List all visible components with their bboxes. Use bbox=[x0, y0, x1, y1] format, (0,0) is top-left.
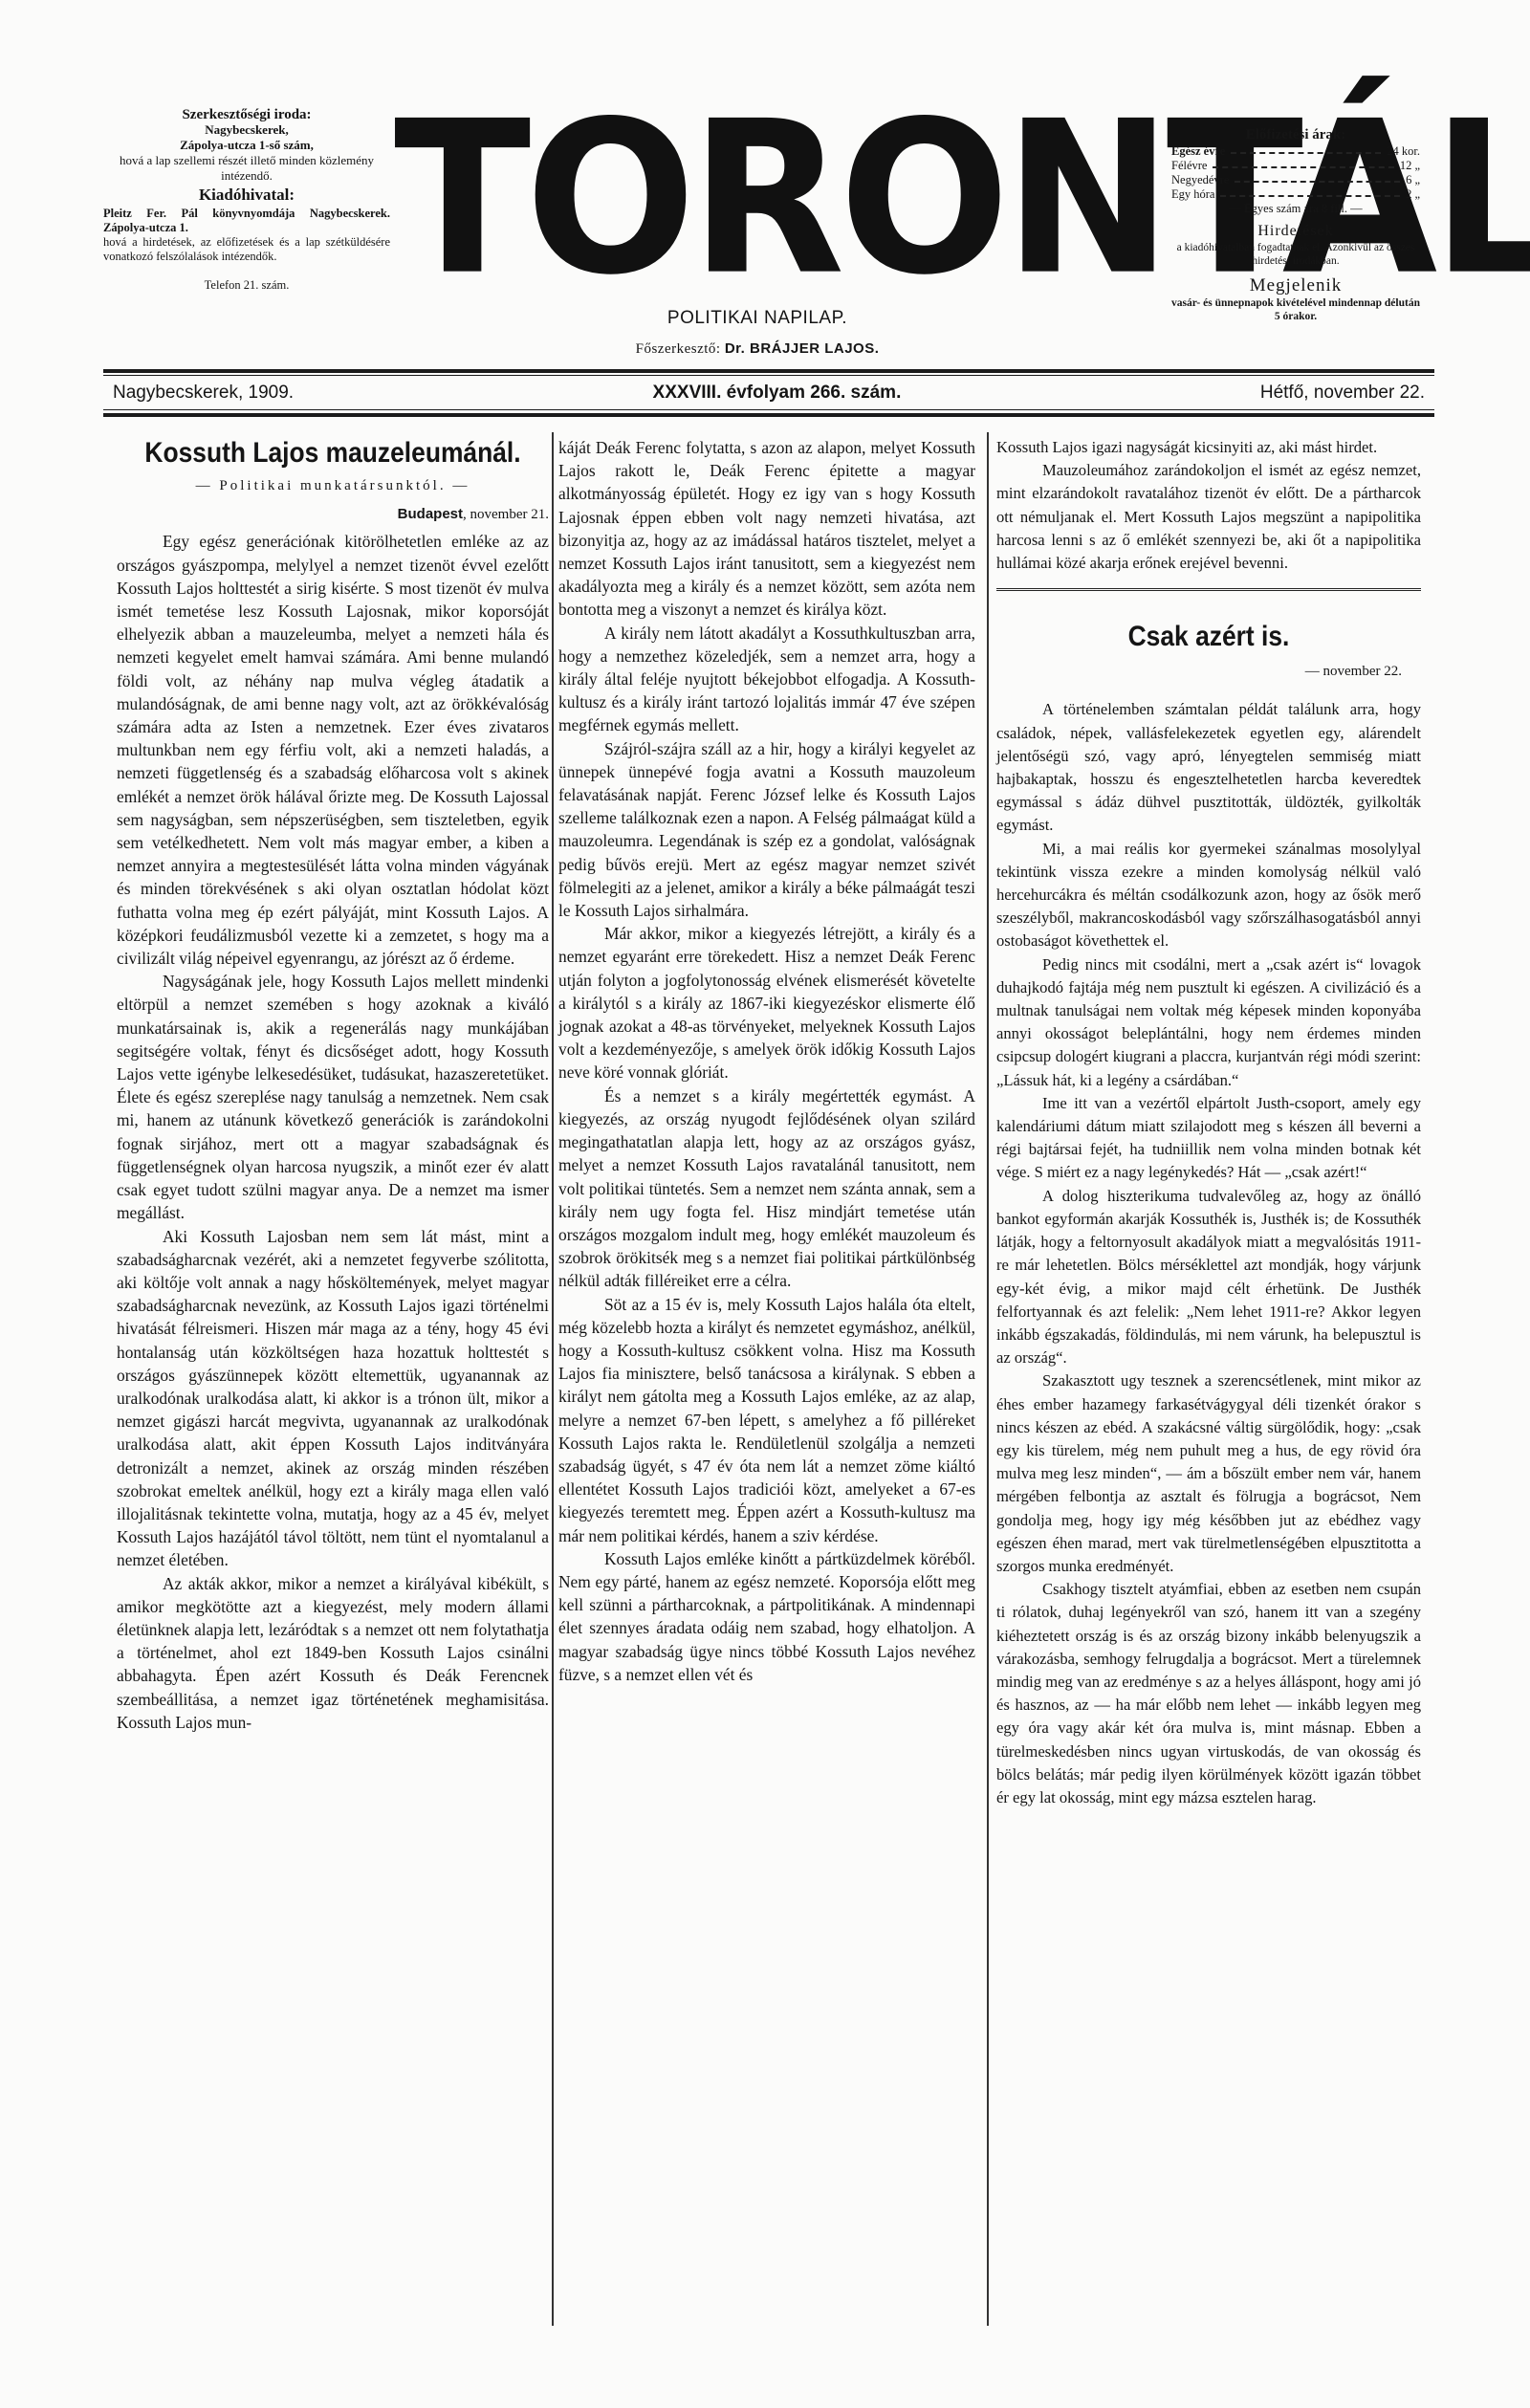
paragraph: A történelemben számtalan példát találun… bbox=[996, 698, 1421, 837]
office-address: Pleitz Fer. Pál könyvnyomdája Nagybecske… bbox=[103, 207, 390, 235]
issue-number: XXXVIII. évfolyam 266. szám. bbox=[653, 383, 902, 404]
ads-text: a kiadóhivatalban fogadtatnak el. Azonki… bbox=[1171, 241, 1420, 268]
dateline: Nagybecskerek, 1909. XXXVIII. évfolyam 2… bbox=[113, 379, 1425, 407]
editorial-address: Zápolya-utcza 1-ső szám, bbox=[103, 138, 390, 153]
price-heading: Előfizetési árak: bbox=[1171, 126, 1420, 144]
editor-line: Főszerkesztő: Dr. BRÁJJER LAJOS. bbox=[394, 340, 1121, 358]
paragraph: Már akkor, mikor a kiegyezés létrejött, … bbox=[558, 922, 975, 1084]
column-3: Kossuth Lajos igazi nagyságát kicsinyiti… bbox=[996, 436, 1421, 1809]
newspaper-logo: TORONTÁL bbox=[394, 99, 1121, 299]
column-1: Kossuth Lajos mauzeleumánál. — Politikai… bbox=[117, 436, 549, 1734]
paragraph: Ime itt van a vezértől elpártolt Justh-c… bbox=[996, 1092, 1421, 1185]
office-heading: Kiadóhivatal: bbox=[103, 186, 390, 205]
article-dateline: Budapest, november 21. bbox=[117, 503, 549, 526]
editorial-note: hová a lap szellemi részét illető minden… bbox=[103, 153, 390, 184]
publish-heading: Megjelenik bbox=[1171, 275, 1420, 296]
column-2: káját Deák Ferenc folytatta, s azon az a… bbox=[558, 436, 975, 1686]
price-row: Negyedévre6 „ bbox=[1171, 173, 1420, 187]
paragraph: Az akták akkor, mikor a nemzet a királyá… bbox=[117, 1572, 549, 1734]
dateline-rule bbox=[103, 413, 1434, 417]
masthead-rule-thin bbox=[103, 375, 1434, 376]
place-year: Nagybecskerek, 1909. bbox=[113, 383, 294, 404]
paragraph: Söt az a 15 év is, mely Kossuth Lajos ha… bbox=[558, 1293, 975, 1547]
single-issue-price: — Egyes szám ára 8 fill. — bbox=[1171, 202, 1420, 216]
article-title: Kossuth Lajos mauzeleumánál. bbox=[142, 436, 523, 471]
paragraph: Nagyságának jele, hogy Kossuth Lajos mel… bbox=[117, 970, 549, 1224]
newspaper-page: Szerkesztőségi iroda: Nagybecskerek, Záp… bbox=[0, 0, 1530, 2408]
price-row: Félévre12 „ bbox=[1171, 159, 1420, 173]
dateline-rule-thin bbox=[103, 409, 1434, 410]
paragraph: Aki Kossuth Lajosban nem sem lát mást, m… bbox=[117, 1225, 549, 1572]
editorial-office-box: Szerkesztőségi iroda: Nagybecskerek, Záp… bbox=[103, 107, 390, 293]
office-note: hová a hirdetések, az előfizetések és a … bbox=[103, 235, 390, 264]
paragraph: Mauzoleumához zarándokoljon el ismét az … bbox=[996, 459, 1421, 575]
article-separator bbox=[996, 588, 1421, 591]
newspaper-subtitle: POLITIKAI NAPILAP. bbox=[394, 308, 1121, 329]
editorial-city: Nagybecskerek, bbox=[103, 122, 390, 138]
article-date: — november 22. bbox=[996, 660, 1402, 683]
paragraph: Szakasztott ugy tesznek a szerencsétlene… bbox=[996, 1369, 1421, 1578]
issue-date: Hétfő, november 22. bbox=[1260, 383, 1425, 404]
paragraph: Kossuth Lajos emléke kinőtt a pártküzdel… bbox=[558, 1547, 975, 1686]
paragraph: Kossuth Lajos igazi nagyságát kicsinyiti… bbox=[996, 436, 1421, 459]
paragraph: Csakhogy tisztelt atyámfiai, ebben az es… bbox=[996, 1578, 1421, 1809]
editorial-heading: Szerkesztőségi iroda: bbox=[103, 107, 390, 122]
paragraph: És a nemzet s a király megértették egymá… bbox=[558, 1084, 975, 1293]
column-divider bbox=[987, 432, 989, 2326]
article-title: Csak azért is. bbox=[1022, 620, 1396, 654]
ads-heading: Hirdetések bbox=[1171, 222, 1420, 241]
price-row: Egész évre24 kor. bbox=[1171, 144, 1420, 159]
paragraph: káját Deák Ferenc folytatta, s azon az a… bbox=[558, 436, 975, 622]
article-byline: — Politikai munkatársunktól. — bbox=[117, 474, 549, 497]
editor-name: Dr. BRÁJJER LAJOS. bbox=[725, 340, 880, 357]
publish-text: vasár- és ünnepnapok kivételével mindenn… bbox=[1171, 296, 1420, 323]
paragraph: Pedig nincs mit csodálni, mert a „csak a… bbox=[996, 953, 1421, 1092]
telephone: Telefon 21. szám. bbox=[103, 277, 390, 293]
editor-label: Főszerkesztő: bbox=[636, 341, 721, 357]
subscription-box: Előfizetési árak: Egész évre24 kor. Félé… bbox=[1171, 126, 1420, 323]
paragraph: A dolog hiszterikuma tudvalevőleg az, ho… bbox=[996, 1185, 1421, 1370]
paragraph: Szájról-szájra száll az a hir, hogy a ki… bbox=[558, 737, 975, 923]
column-divider bbox=[552, 432, 554, 2326]
paragraph: Egy egész generációnak kitörölhetetlen e… bbox=[117, 530, 549, 970]
paragraph: A király nem látott akadályt a Kossuthku… bbox=[558, 622, 975, 737]
masthead-rule bbox=[103, 369, 1434, 373]
price-row: Egy hóra2 „ bbox=[1171, 187, 1420, 202]
paragraph: Mi, a mai reális kor gyermekei szánalmas… bbox=[996, 838, 1421, 953]
